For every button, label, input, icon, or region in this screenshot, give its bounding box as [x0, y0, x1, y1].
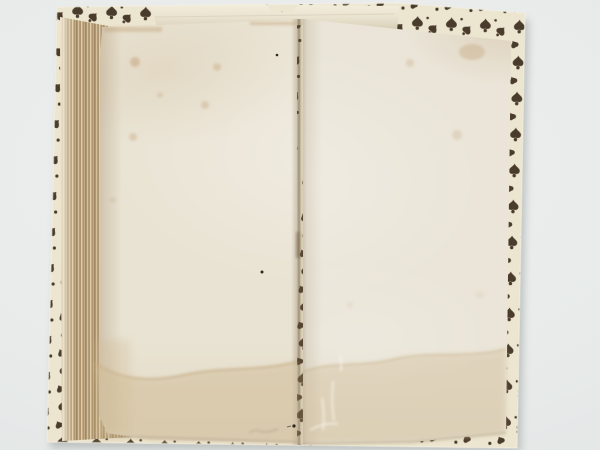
left-stain-near-spine: [96, 340, 130, 440]
photo-open-book: [0, 0, 600, 450]
gutter-dark-segment: [296, 232, 300, 258]
foxing-spots-right-page: [347, 44, 485, 308]
foxing-spots-left-page: [104, 22, 296, 203]
right-page-water-stain: [303, 349, 506, 443]
stains-and-marks-layer: [0, 0, 600, 450]
